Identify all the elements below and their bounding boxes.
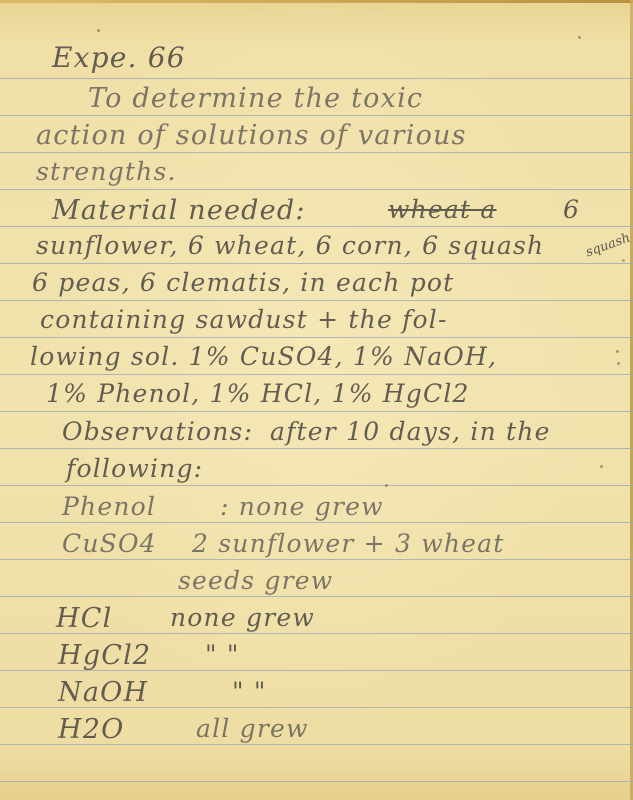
result-solution-phenol: Phenol <box>62 494 156 519</box>
squash-overwrite: squash <box>584 231 633 261</box>
ruled-line <box>0 448 633 449</box>
result-solution-hcl: HCl <box>56 605 112 632</box>
notebook-page: Expe. 66 To determine the toxic action o… <box>0 0 633 800</box>
paper-speck <box>97 29 100 32</box>
result-solution-naoh: NaOH <box>58 679 148 706</box>
experiment-heading: Expe. 66 <box>52 44 186 72</box>
observations-intro: after 10 days, in the <box>270 419 551 444</box>
material-line-3: 6 peas, 6 clematis, in each pot <box>32 270 454 295</box>
aim-line-3: strengths. <box>36 159 177 184</box>
ruled-line <box>0 485 633 486</box>
ruled-line <box>0 374 633 375</box>
struck-text: wheat a <box>388 197 497 222</box>
ruled-line <box>0 522 633 523</box>
page-top-edge <box>0 0 633 3</box>
observations-intro-cont: following: <box>66 456 203 481</box>
aim-line-1: To determine the toxic <box>88 85 423 112</box>
result-value-naoh: " " <box>232 679 267 704</box>
ruled-line <box>0 781 633 782</box>
ruled-line <box>0 152 633 153</box>
material-count: 6 <box>563 197 580 222</box>
material-line-5: lowing sol. 1% CuSO4, 1% NaOH, <box>30 344 497 369</box>
paper-speck <box>617 362 620 365</box>
material-label: Material needed: <box>52 197 306 224</box>
paper-speck <box>385 484 388 487</box>
ruled-line <box>0 596 633 597</box>
material-line-6: 1% Phenol, 1% HCl, 1% HgCl2 <box>46 381 470 406</box>
result-value-cuso4-cont: seeds grew <box>178 568 333 593</box>
result-value-cuso4: 2 sunflower + 3 wheat <box>192 531 504 556</box>
result-value-hcl: none grew <box>170 605 315 630</box>
ruled-line <box>0 300 633 301</box>
paper-speck <box>578 36 581 39</box>
ruled-line <box>0 337 633 338</box>
result-solution-h2o: H2O <box>58 716 124 743</box>
paper-speck <box>600 465 603 468</box>
ruled-line <box>0 411 633 412</box>
material-line-4: containing sawdust + the fol- <box>40 307 448 332</box>
ruled-line <box>0 263 633 264</box>
result-solution-hgcl2: HgCl2 <box>58 642 151 669</box>
result-solution-cuso4: CuSO4 <box>62 531 157 556</box>
paper-speck <box>622 259 625 262</box>
result-value-h2o: all grew <box>196 716 309 741</box>
material-line-2: sunflower, 6 wheat, 6 corn, 6 squash <box>36 233 544 258</box>
ruled-line <box>0 115 633 116</box>
ruled-line <box>0 78 633 79</box>
observations-label: Observations: <box>62 419 253 444</box>
ruled-line <box>0 226 633 227</box>
ruled-line <box>0 559 633 560</box>
aim-line-2: action of solutions of various <box>36 122 467 149</box>
result-value-phenol: : none grew <box>220 494 384 519</box>
ruled-line <box>0 189 633 190</box>
paper-speck <box>616 350 619 353</box>
result-value-hgcl2: " " <box>205 642 240 667</box>
